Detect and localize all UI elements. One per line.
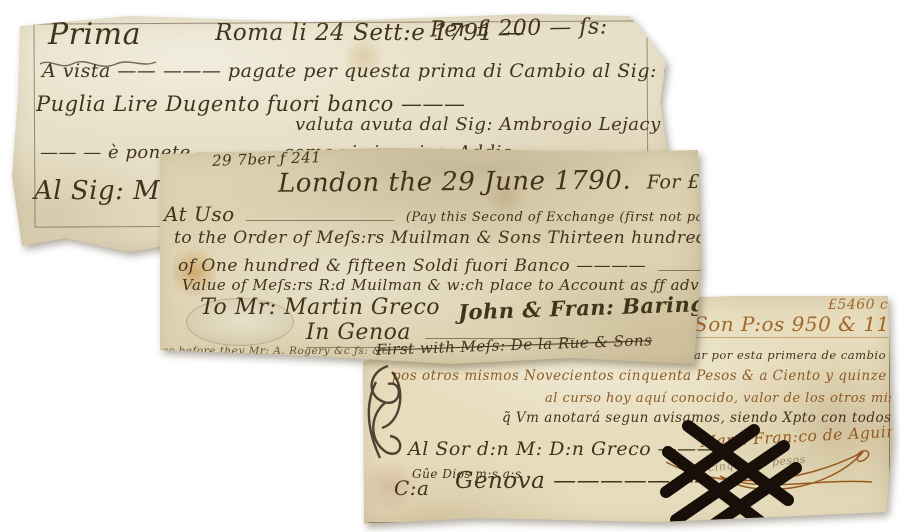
london-paper: 29 7ber ƒ 241 London the 29 June 1790. F… — [150, 146, 702, 366]
roma-prima-word: Prima — [48, 20, 141, 50]
london-small-note: as before they Mr: A. Rogery &c ƒs: &c — [162, 346, 388, 357]
genova-sum-words: pos otros mismos Novecientos cinquenta P… — [392, 370, 900, 384]
genova-primera-line: ar por esta primera de cambio á la orn d… — [694, 350, 900, 362]
roma-at-sight-line: A vista —— ——— pagate per questa prima d… — [42, 62, 764, 81]
blank-rule — [658, 254, 738, 271]
blank-rule — [246, 204, 394, 221]
london-headline: London the 29 June 1790. For £1300 — of … — [278, 165, 900, 196]
london-folio-note: 29 7ber ƒ 241 — [212, 150, 322, 169]
bill-london-1790: 29 7ber ƒ 241 London the 29 June 1790. F… — [150, 146, 702, 366]
roma-amount: Per £ 200 — ſs: — [430, 16, 608, 41]
london-to-line: To Mr: Martin Greco — [200, 295, 440, 320]
monogram-flourish-icon — [362, 362, 410, 467]
roma-sum-words: Puglia Lire Dugento fuori banco ——— — [36, 94, 465, 115]
roma-value-line: valuta avuta dal Sig: Ambrogio Lejacy — — [295, 116, 686, 134]
london-order-line: to the Order of Meſs:rs Muilman & Sons T… — [174, 230, 779, 247]
genova-curso-line: al curso hoy aquí conocido, valor de los… — [545, 392, 900, 405]
genova-son-line: Son P:os 950 & 115 ſ: — [694, 314, 900, 338]
london-at-uso: At Uso — [164, 202, 235, 226]
cancellation-x-icon — [662, 418, 800, 530]
london-second-note: (Pay this Second of Exchange (first not … — [406, 210, 723, 225]
london-value-line: Value of Meſs:rs R:d Muilman & w:ch plac… — [182, 278, 723, 293]
london-uso-row: At Uso (Pay this Second of Exchange (fir… — [164, 204, 723, 224]
london-amount: For £1300 — of 115 ſ: ƒd: — [647, 169, 900, 193]
london-sum-row: of One hundred & fifteen Soldi fuori Ban… — [178, 254, 738, 275]
genova-copy-mark: C:a — [394, 478, 429, 498]
london-sum-words: of One hundred & fifteen Soldi fuori Ban… — [178, 256, 646, 276]
london-to-row: To Mr: Martin Greco John & Fran: Baring … — [200, 296, 780, 319]
genova-amount-top: £5460 c:a — [828, 298, 900, 312]
roma-addressee: Al Sig: M — [34, 178, 160, 204]
london-place-date: London the 29 June 1790. — [278, 166, 631, 199]
